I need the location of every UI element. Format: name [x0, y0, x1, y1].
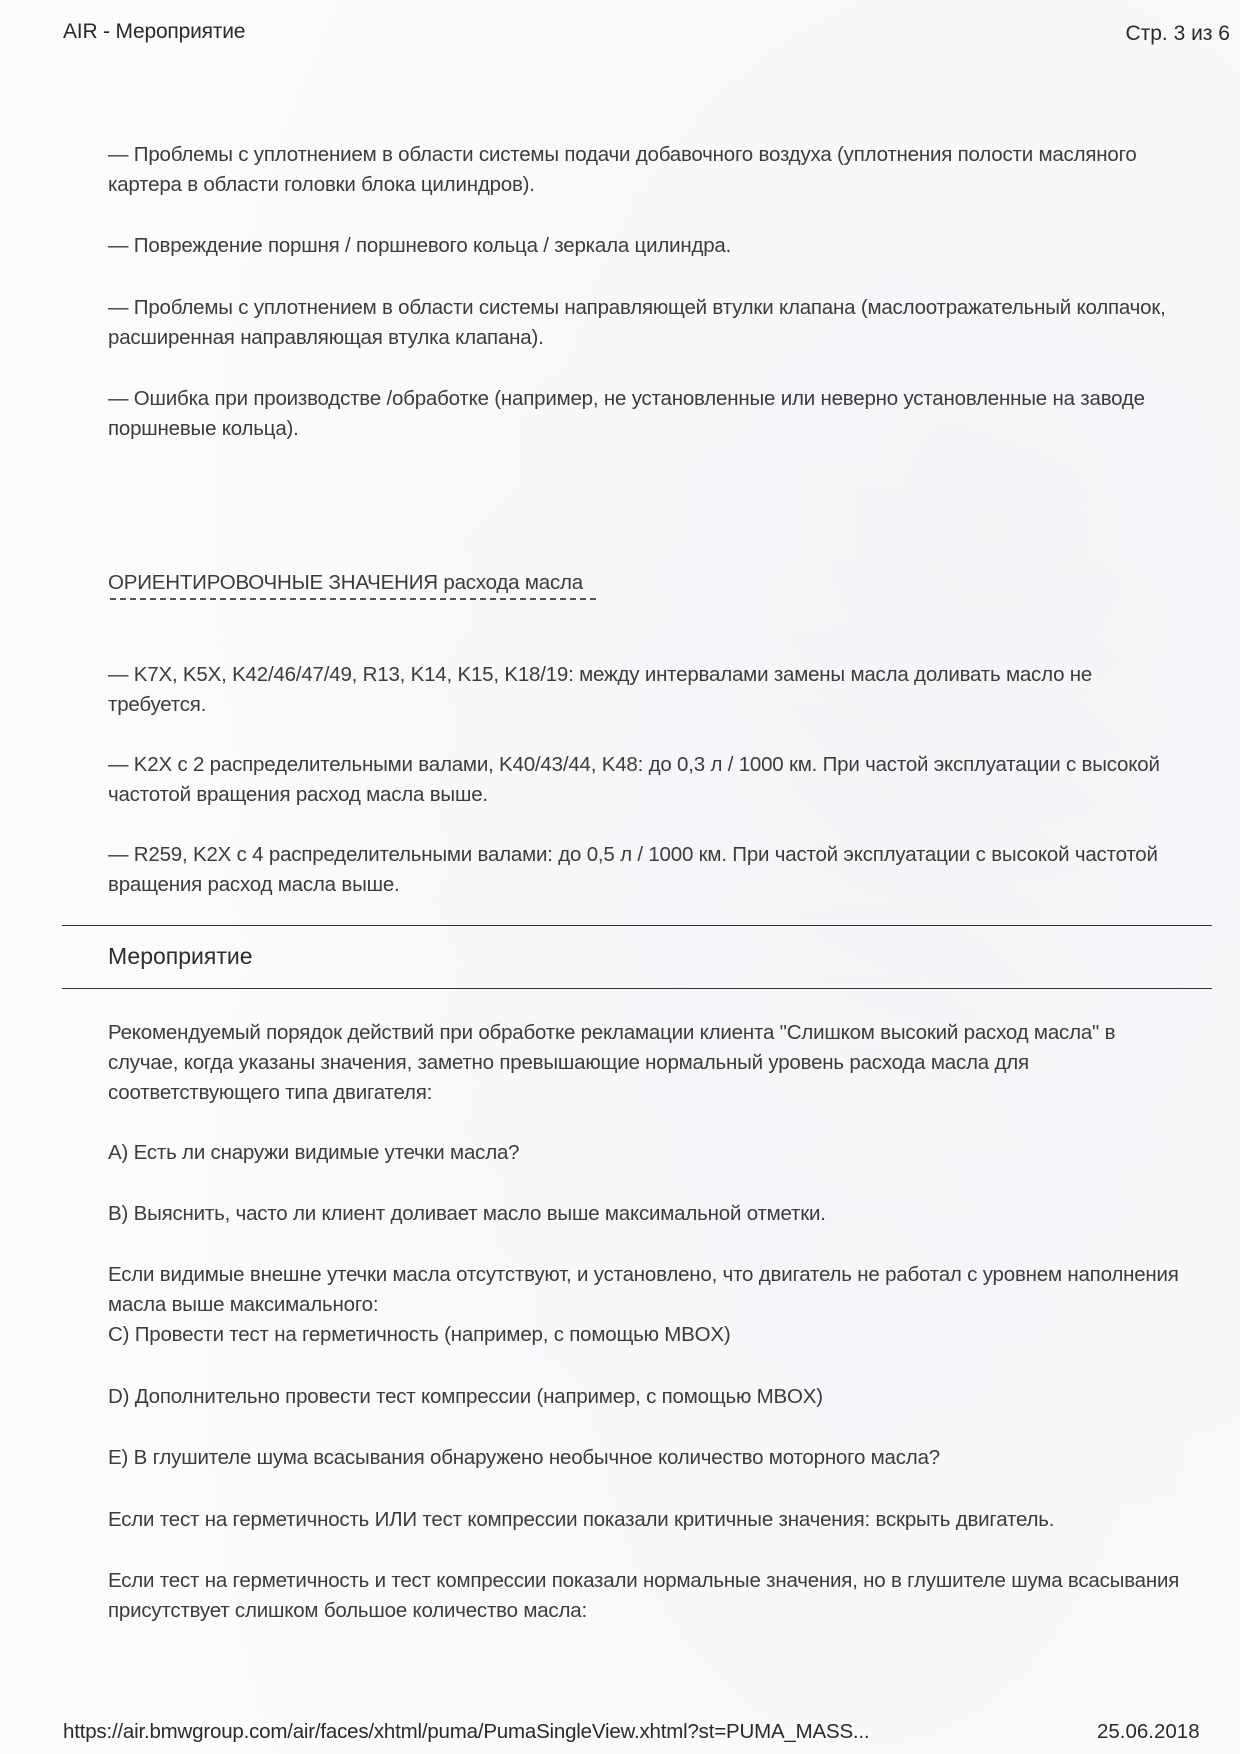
step-e: E) В глушителе шума всасывания обнаружен…: [108, 1443, 1188, 1473]
cause-item: — Проблемы с уплотнением в области систе…: [108, 140, 1188, 200]
condition-no-leaks: Если видимые внешне утечки масла отсутст…: [108, 1260, 1188, 1320]
step-a: A) Есть ли снаружи видимые утечки масла?: [108, 1138, 1188, 1168]
condition-critical: Если тест на герметичность ИЛИ тест комп…: [108, 1505, 1188, 1535]
page-number: Стр. 3 из 6: [1125, 22, 1230, 46]
document-page: AIR - Мероприятие Стр. 3 из 6 — Проблемы…: [0, 0, 1240, 1754]
step-d: D) Дополнительно провести тест компресси…: [108, 1382, 1188, 1412]
measure-intro: Рекомендуемый порядок действий при обраб…: [108, 1018, 1188, 1108]
footer-url: https://air.bmwgroup.com/air/faces/xhtml…: [63, 1720, 869, 1744]
section-divider-top: [62, 925, 1212, 926]
section-divider-bottom: [62, 988, 1212, 989]
cause-item: — Повреждение поршня / поршневого кольца…: [108, 231, 1188, 261]
reference-value-item: — K7X, K5X, K42/46/47/49, R13, K14, K15,…: [108, 660, 1188, 720]
reference-values-heading: ОРИЕНТИРОВОЧНЫЕ ЗНАЧЕНИЯ расхода масла: [108, 568, 1188, 598]
reference-value-item: — K2X с 2 распределительными валами, K40…: [108, 750, 1188, 810]
step-c: C) Провести тест на герметичность (напри…: [108, 1320, 1188, 1350]
footer-date: 25.06.2018: [1097, 1720, 1200, 1744]
cause-item: — Ошибка при производстве /обработке (на…: [108, 384, 1188, 444]
page-header-title: AIR - Мероприятие: [63, 20, 245, 44]
condition-normal: Если тест на герметичность и тест компре…: [108, 1566, 1188, 1626]
cause-item: — Проблемы с уплотнением в области систе…: [108, 293, 1188, 353]
step-b: B) Выяснить, часто ли клиент доливает ма…: [108, 1199, 1188, 1229]
reference-value-item: — R259, K2X с 4 распределительными валам…: [108, 840, 1188, 900]
dashed-divider: [110, 598, 596, 600]
section-title: Мероприятие: [108, 943, 253, 970]
